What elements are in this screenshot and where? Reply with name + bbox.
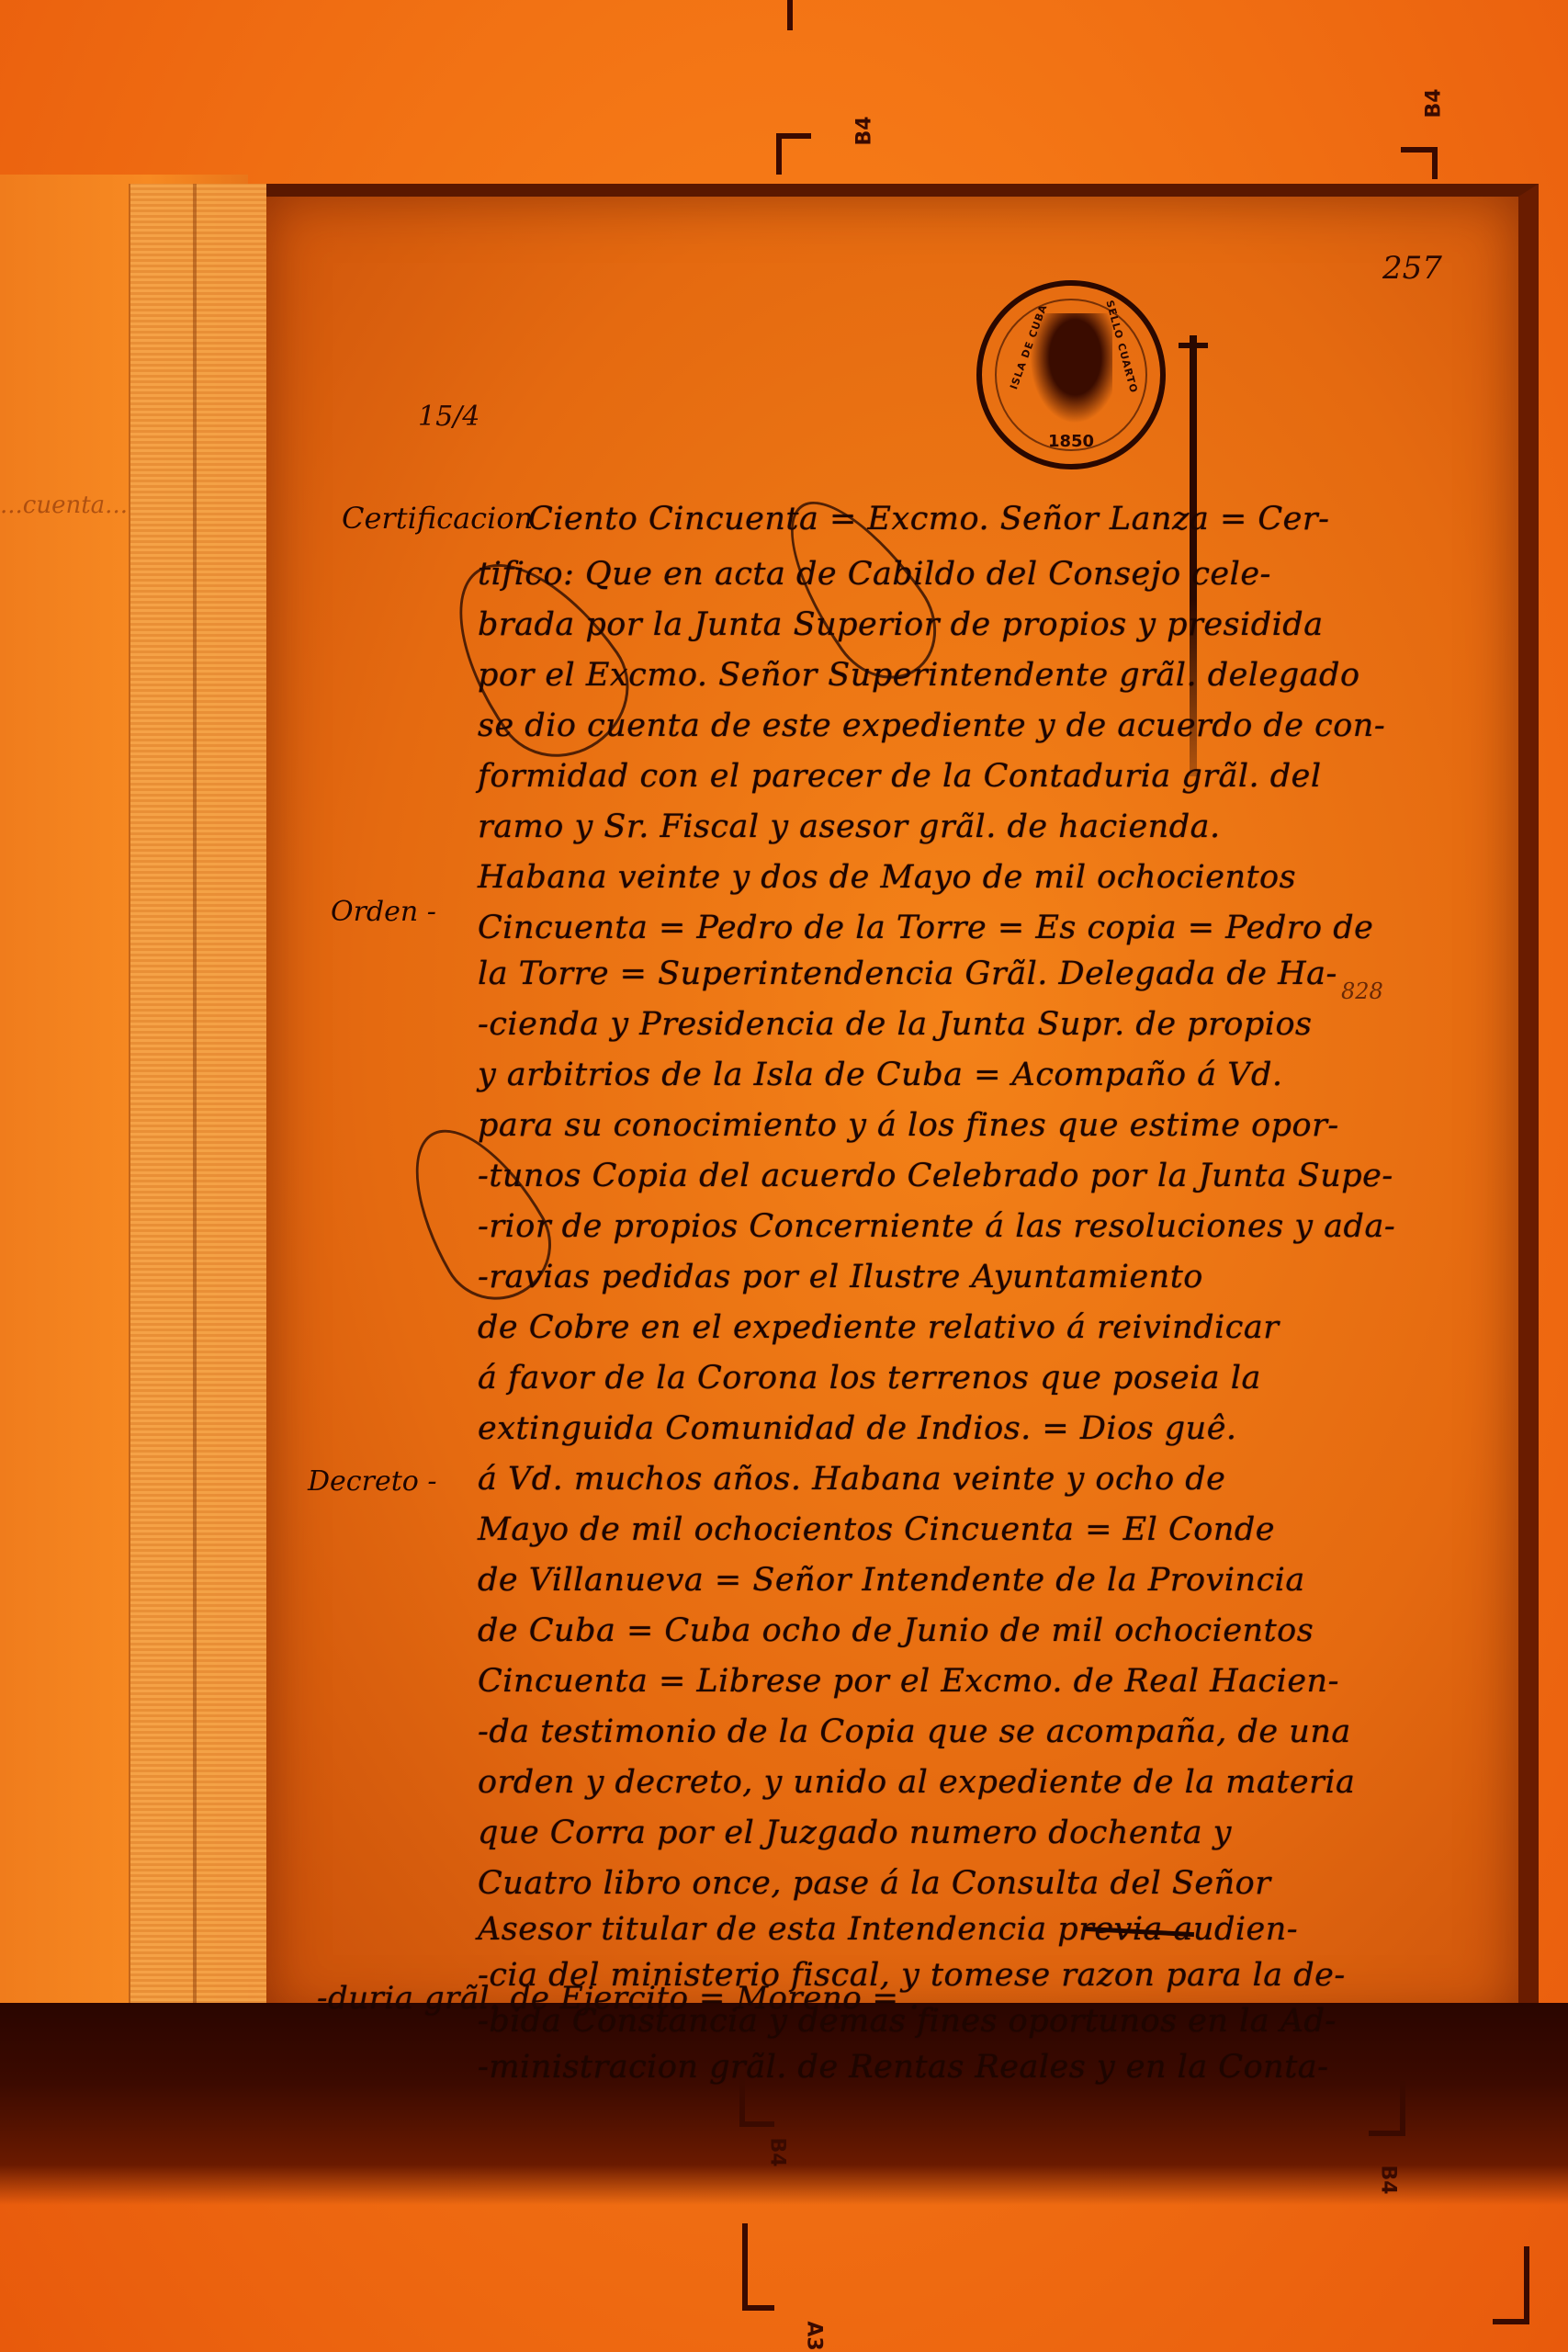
manuscript-line: -cienda y Presidencia de la Junta Supr. …: [478, 1006, 1313, 1043]
manuscript-line: ramo y Sr. Fiscal y asesor grãl. de haci…: [478, 808, 1221, 845]
frame-corner-bottom-right: [1369, 2081, 1405, 2136]
manuscript-line: extinguida Comunidad de Indios. = Dios g…: [478, 1410, 1237, 1447]
stamp-year: 1850: [982, 432, 1160, 451]
margin-reference-number: 828: [1341, 978, 1383, 1004]
manuscript-line: formidad con el parecer de la Contaduria…: [478, 758, 1322, 795]
frame-label-top-right: B4: [1423, 88, 1446, 118]
scanned-manuscript: B4 B4 ...cuenta... B4 B4 A3 257 ISLA DE …: [0, 0, 1568, 2352]
manuscript-line: se dio cuenta de este expediente y de ac…: [478, 707, 1385, 744]
left-page-bleed-text: ...cuenta...: [0, 492, 128, 519]
manuscript-line: Mayo de mil ochocientos Cincuenta = El C…: [478, 1511, 1275, 1548]
revenue-stamp-seal: ISLA DE CUBA SELLO CUARTO 1850: [976, 280, 1166, 469]
margin-note-decreto: Decreto -: [308, 1465, 437, 1498]
frame-corner-outer-bottom-left: [742, 2223, 774, 2311]
margin-note-certificacion: Certificacion: [342, 501, 533, 536]
book-binding-spine: [129, 184, 276, 2012]
frame-label-bottom-right: B4: [1377, 2165, 1400, 2194]
manuscript-line: que Corra por el Juzgado numero dochenta…: [478, 1815, 1232, 1851]
manuscript-line: por el Excmo. Señor Superintendente grãl…: [478, 657, 1360, 694]
manuscript-line: Asesor titular de esta Intendencia previ…: [478, 1911, 1298, 1948]
seated-figure-icon: [1030, 313, 1112, 424]
manuscript-line: de Cobre en el expediente relativo á rei…: [478, 1309, 1279, 1346]
manuscript-line: Cincuenta = Pedro de la Torre = Es copia…: [478, 910, 1373, 946]
manuscript-line: orden y decreto, y unido al expediente d…: [478, 1764, 1355, 1801]
frame-corner-top-right: [1401, 147, 1438, 179]
manuscript-line: Ciento Cincuenta = Excmo. Señor Lanza = …: [528, 501, 1329, 537]
page-number: 257: [1382, 250, 1442, 287]
frame-label-bottom-left: B4: [766, 2137, 789, 2166]
manuscript-line: Habana veinte y dos de Mayo de mil ochoc…: [478, 859, 1296, 896]
manuscript-line: Cincuenta = Librese por el Excmo. de Rea…: [478, 1663, 1339, 1700]
frame-label-top-left: B4: [853, 116, 876, 145]
manuscript-line: -tunos Copia del acuerdo Celebrado por l…: [478, 1158, 1393, 1194]
manuscript-line: y arbitrios de la Isla de Cuba = Acompañ…: [478, 1057, 1283, 1093]
manuscript-line: de Villanueva = Señor Intendente de la P…: [478, 1562, 1305, 1599]
manuscript-line: tifico: Que en acta de Cabildo del Conse…: [478, 556, 1271, 593]
manuscript-line: para su conocimiento y á los fines que e…: [478, 1107, 1339, 1144]
manuscript-line: brada por la Junta Superior de propios y…: [478, 606, 1324, 643]
frame-corner-top-left: [776, 133, 811, 175]
frame-marker-top-tick: [787, 0, 793, 30]
margin-note-orden: Orden -: [331, 896, 436, 928]
manuscript-line: -ministracion grãl. de Rentas Reales y e…: [478, 2049, 1328, 2086]
manuscript-line: á Vd. muchos años. Habana veinte y ocho …: [478, 1461, 1225, 1498]
manuscript-line: de Cuba = Cuba ocho de Junio de mil ocho…: [478, 1612, 1314, 1649]
manuscript-line-closing: -duria grãl. de Ejercito = Moreno = .: [317, 1980, 919, 2017]
manuscript-line: Cuatro libro once, pase á la Consulta de…: [478, 1865, 1270, 1902]
frame-label-outer-bottom: A3: [803, 2321, 826, 2350]
manuscript-line: -ravias pedidas por el Ilustre Ayuntamie…: [478, 1259, 1203, 1295]
folio-mark: 15/4: [418, 404, 479, 429]
manuscript-line: la Torre = Superintendencia Grãl. Delega…: [478, 955, 1337, 992]
manuscript-line: -rior de propios Concerniente á las reso…: [478, 1208, 1395, 1245]
manuscript-line: á favor de la Corona los terrenos que po…: [478, 1360, 1261, 1396]
frame-corner-outer-bottom-right: [1493, 2246, 1529, 2324]
manuscript-line: -da testimonio de la Copia que se acompa…: [478, 1713, 1351, 1750]
